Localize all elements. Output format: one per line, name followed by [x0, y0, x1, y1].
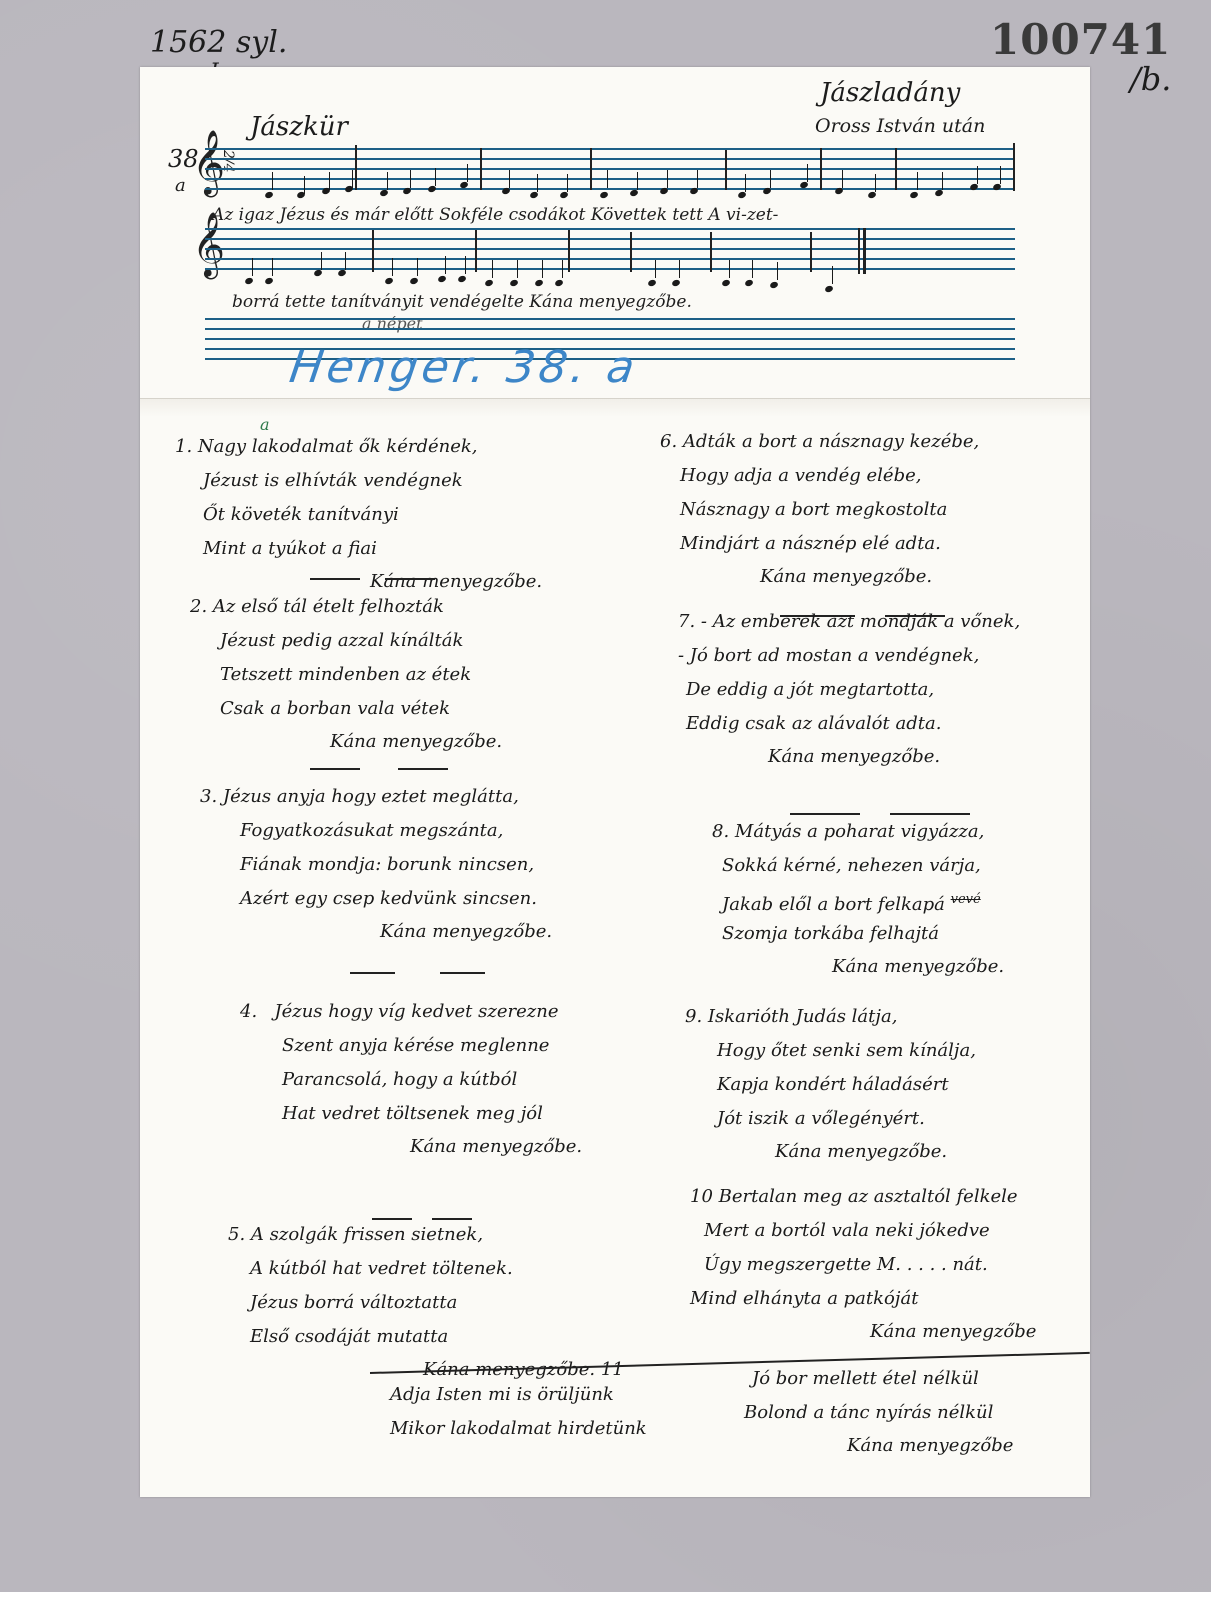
verse-4: 4. Jézus hogy víg kedvet szerezne Szent …: [240, 995, 582, 1163]
barline: [480, 148, 482, 190]
verse-line: 1. Nagy lakodalmat ők kérdének,: [175, 430, 542, 464]
refrain: Kána menyegzőbe: [690, 1316, 1036, 1348]
barline: [590, 148, 592, 190]
final-barline: [858, 228, 860, 274]
barline: [475, 230, 477, 272]
refrain: Kána menyegzőbe.: [240, 1131, 582, 1163]
verse-line: 8. Mátyás a poharat vigyázza,: [712, 815, 1004, 849]
verse-10: 10 Bertalan meg az asztaltól felkele Mer…: [690, 1180, 1036, 1348]
separator: [385, 578, 435, 580]
verse-line: Őt követék tanítványi: [175, 498, 542, 532]
verse-line: Azért egy csep kedvünk sincsen.: [200, 882, 552, 916]
verse-line: 4. Jézus hogy víg kedvet szerezne: [240, 995, 582, 1029]
verse-line: Jó bor mellett étel nélkül: [752, 1362, 1013, 1396]
verse-line: 7. - Az emberek azt mondják a vőnek,: [678, 605, 1020, 639]
inventory-number: 100741: [990, 15, 1171, 64]
staff-2: [205, 228, 1015, 268]
source-credit: Oross István után: [815, 115, 985, 137]
verse-1: 1. Nagy lakodalmat ők kérdének, Jézust i…: [175, 430, 542, 598]
staff-2-lyrics: borrá tette tanítványit vendégelte Kána …: [232, 292, 692, 312]
village-title: Jászladány: [820, 78, 960, 108]
verse-line: Kapja kondért háladásért: [685, 1068, 976, 1102]
archive-code: 1562 syl.: [150, 25, 287, 60]
separator: [398, 768, 448, 770]
verse-2: 2. Az első tál ételt felhozták Jézust pe…: [190, 590, 502, 758]
verse-3: 3. Jézus anyja hogy eztet meglátta, Fogy…: [200, 780, 552, 948]
inventory-suffix: /b.: [1130, 60, 1171, 98]
cylinder-note: Henger. 38. a: [286, 342, 641, 393]
verse-line: Mind elhányta a patkóját: [690, 1282, 1036, 1316]
verse-line: Mert a bortól vala neki jókedve: [690, 1214, 1036, 1248]
verse-line: Násznagy a bort megkostolta: [660, 493, 979, 527]
verse-line: Szent anyja kérése meglenne: [240, 1029, 582, 1063]
verse-line: 3. Jézus anyja hogy eztet meglátta,: [200, 780, 552, 814]
verse-line: Hogy adja a vendég elébe,: [660, 459, 979, 493]
verse-line: - Jó bort ad mostan a vendégnek,: [678, 639, 1020, 673]
verse-line: Jézust pedig azzal kínálták: [190, 624, 502, 658]
barline: [895, 148, 897, 190]
refrain: Kána menyegzőbe.: [190, 726, 502, 758]
separator: [310, 768, 360, 770]
barline: [725, 150, 727, 190]
verse-line: Úgy megszergette M. . . . . nát.: [690, 1248, 1036, 1282]
refrain: Kána menyegzőbe.: [678, 741, 1020, 773]
refrain: Kána menyegzőbe: [752, 1430, 1013, 1462]
verse-line: Csak a borban vala vétek: [190, 692, 502, 726]
closing-verse-left: Adja Isten mi is örüljünk Mikor lakodalm…: [390, 1378, 647, 1446]
verse-line: Sokká kérné, nehezen várja,: [712, 849, 1004, 883]
verse-line: Eddig csak az alávalót adta.: [678, 707, 1020, 741]
refrain: Kána menyegzőbe.: [685, 1136, 976, 1168]
verse-line: Hogy őtet senki sem kínálja,: [685, 1034, 976, 1068]
verse-line: Első csodáját mutatta: [228, 1320, 624, 1354]
location-title: Jászkür: [250, 112, 348, 142]
verse-9: 9. Iskarióth Judás látja, Hogy őtet senk…: [685, 1000, 976, 1168]
verse-line: 6. Adták a bort a násznagy kezébe,: [660, 425, 979, 459]
refrain: Kána menyegzőbe.: [712, 951, 1004, 983]
barline: [630, 232, 632, 272]
verse-line: Jézus borrá változtatta: [228, 1286, 624, 1320]
closing-verse-right: Jó bor mellett étel nélkül Bolond a tánc…: [752, 1362, 1013, 1462]
verse-7: 7. - Az emberek azt mondják a vőnek, - J…: [678, 605, 1020, 773]
verse-line: A kútból hat vedret töltenek.: [228, 1252, 624, 1286]
refrain: Kána menyegzőbe.: [200, 916, 552, 948]
verse-line: 9. Iskarióth Judás látja,: [685, 1000, 976, 1034]
refrain: Kána menyegzőbe.: [660, 561, 979, 593]
verse-line: De eddig a jót megtartotta,: [678, 673, 1020, 707]
verse-line: Fogyatkozásukat megszánta,: [200, 814, 552, 848]
staff-1-lyrics: Az igaz Jézus és már előtt Sokféle csodá…: [212, 205, 778, 225]
verse-line: Jézust is elhívták vendégnek: [175, 464, 542, 498]
verse-line: Jót iszik a vőlegényért.: [685, 1102, 976, 1136]
verse-line: Szomja torkába felhajtá: [712, 917, 1004, 951]
verse-8: 8. Mátyás a poharat vigyázza, Sokká kérn…: [712, 815, 1004, 983]
staff-1: [205, 148, 1015, 188]
barline: [810, 232, 812, 272]
verse-line: Adja Isten mi is örüljünk: [390, 1378, 647, 1412]
paper-fold: [140, 398, 1090, 417]
verse-line: 2. Az első tál ételt felhozták: [190, 590, 502, 624]
verse-line: Jakab elől a bort felkapá vevé: [712, 883, 1004, 917]
verse-line: Mikor lakodalmat hirdetünk: [390, 1412, 647, 1446]
verse-line: Mindjárt a násznép elé adta.: [660, 527, 979, 561]
barline: [1013, 143, 1015, 191]
verse-line: Fiának mondja: borunk nincsen,: [200, 848, 552, 882]
barline: [820, 148, 822, 190]
verse-6: 6. Adták a bort a násznagy kezébe, Hogy …: [660, 425, 979, 593]
scan-edge: [0, 1592, 1211, 1600]
verse-number-mark: 11: [601, 1359, 624, 1380]
barline: [568, 230, 570, 272]
verse-line: 5. A szolgák frissen sietnek,: [228, 1218, 624, 1252]
struck-word: vevé: [951, 892, 981, 907]
barline: [710, 232, 712, 272]
barline: [372, 230, 374, 272]
verse-line: Hat vedret töltsenek meg jól: [240, 1097, 582, 1131]
verse-line: Mint a tyúkot a fiai: [175, 532, 542, 566]
verse-5: 5. A szolgák frissen sietnek, A kútból h…: [228, 1218, 624, 1386]
separator: [350, 972, 395, 974]
verse-line: Parancsolá, hogy a kútból: [240, 1063, 582, 1097]
verse-line: 10 Bertalan meg az asztaltól felkele: [690, 1180, 1036, 1214]
verse-line: Tetszett mindenben az étek: [190, 658, 502, 692]
verse-line: Bolond a tánc nyírás nélkül: [744, 1396, 1013, 1430]
separator: [440, 972, 485, 974]
tune-letter: a: [175, 175, 186, 196]
barline: [355, 145, 357, 190]
separator: [310, 578, 360, 580]
final-barline: [863, 228, 866, 274]
